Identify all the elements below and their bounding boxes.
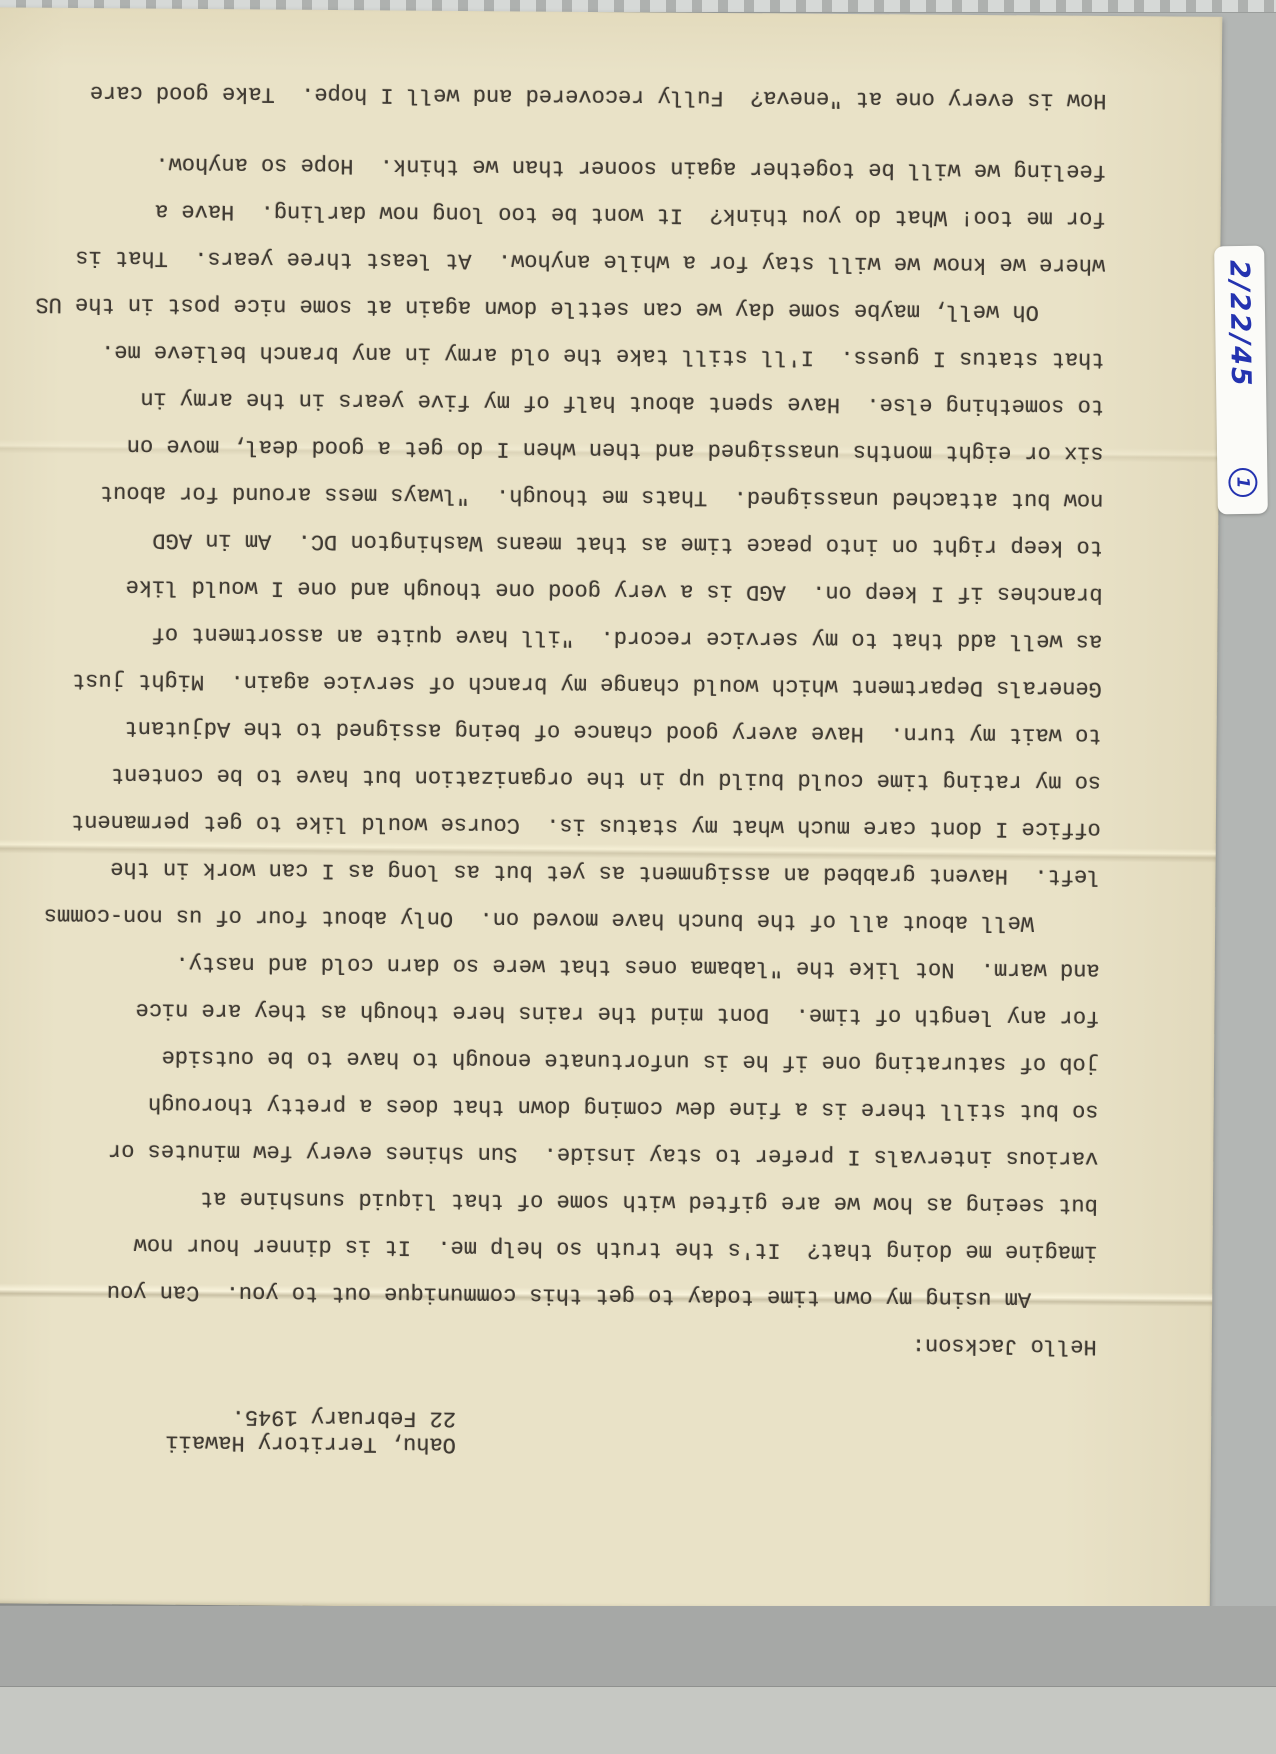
label-date-annotation: 2/22/45 xyxy=(1223,260,1256,388)
letter-paper: Oahu, Territory Hawaii 22 February 1945.… xyxy=(0,7,1222,1613)
letter-heading: Oahu, Territory Hawaii 22 February 1945. xyxy=(21,1402,456,1457)
scanner-bed-bottom-strip xyxy=(0,1686,1276,1754)
letter-paragraph-4: How is every one at "eneva? Fully recove… xyxy=(31,69,1106,124)
letter-paragraph-2: Well about all of the bunch have moved o… xyxy=(25,328,1105,947)
scanned-letter-page: Oahu, Territory Hawaii 22 February 1945.… xyxy=(0,0,1276,1754)
letter-salutation: Hello Jackson: xyxy=(22,1315,1097,1370)
page-number-circle: 1 xyxy=(1228,468,1257,497)
page-number-annotation: 1 xyxy=(1227,468,1257,498)
letter-paragraph-1: Am using my own time today to get this c… xyxy=(22,939,1100,1323)
letter-content-upside-down: Oahu, Territory Hawaii 22 February 1945.… xyxy=(0,7,1222,1613)
archival-label-sticker: 2/22/45 1 xyxy=(1214,246,1268,515)
letter-paragraph-3: Oh well, maybe some day we can settle do… xyxy=(30,140,1106,336)
scanner-bed-lower-band xyxy=(0,1606,1276,1686)
